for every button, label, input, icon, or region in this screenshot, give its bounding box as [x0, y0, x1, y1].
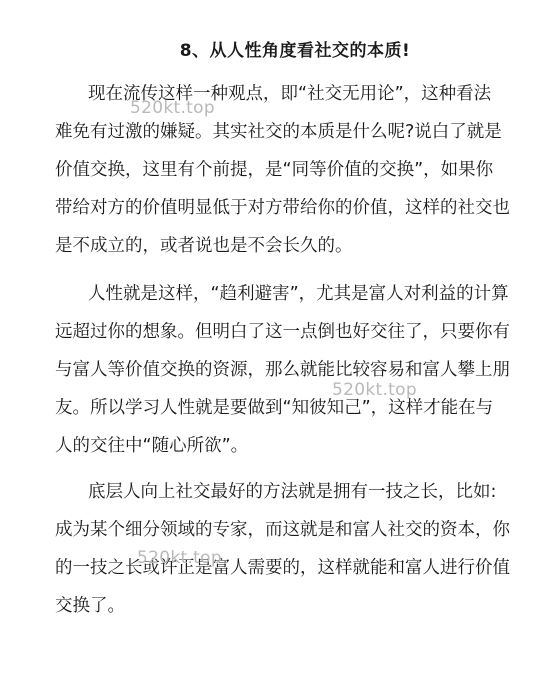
paragraph-2-line-3: 与富人等价值交换的资源，那么就能比较容易和富人攀上朋 [55, 358, 481, 382]
paragraph-3-line-3: 的一技之长或许正是富人需要的，这样就能和富人进行价值 [55, 556, 481, 580]
paragraph-1-line-3: 价值交换，这里有个前提，是“同等价值的交换”，如果你 [55, 158, 481, 182]
paragraph-3-line-2: 成为某个细分领域的专家，而这就是和富人社交的资本，你 [55, 518, 481, 542]
watermark: 520kt.top [137, 548, 222, 568]
section-title: 8、从人性角度看社交的本质! [0, 36, 550, 61]
paragraph-1-line-5: 是不成立的，或者说也是不会长久的。 [55, 234, 481, 258]
watermark: 520kt.top [130, 98, 215, 118]
paragraph-1-line-2: 难免有过激的嫌疑。其实社交的本质是什么呢?说白了就是 [55, 120, 481, 144]
paragraph-2-line-4: 友。所以学习人性就是要做到“知彼知己”，这样才能在与 [55, 396, 481, 420]
paragraph-1-line-4: 带给对方的价值明显低于对方带给你的价值，这样的社交也 [55, 196, 481, 220]
paragraph-3-line-1: 底层人向上社交最好的方法就是拥有一技之长，比如: [88, 480, 481, 504]
paragraph-2-line-2: 远超过你的想象。但明白了这一点倒也好交往了，只要你有 [55, 320, 481, 344]
paragraph-2-line-5: 人的交往中“随心所欲”。 [55, 434, 481, 458]
paragraph-2-line-1: 人性就是这样，“趋利避害”，尤其是富人对利益的计算 [88, 282, 481, 306]
watermark: 520kt.top [332, 380, 417, 400]
paragraph-3-line-4: 交换了。 [55, 594, 481, 618]
